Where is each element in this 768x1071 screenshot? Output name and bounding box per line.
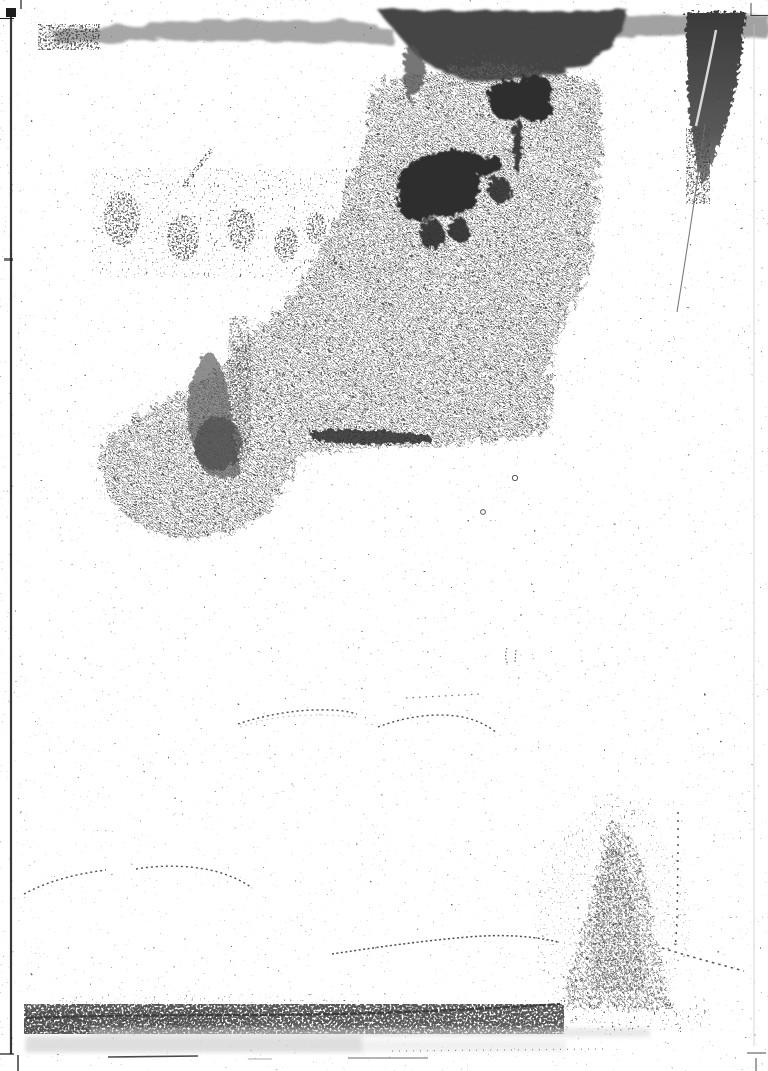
speckle-blob-5: [306, 212, 326, 244]
ground-band-far-right-dots: [700, 1000, 768, 1020]
speckle-blob-1: [104, 191, 140, 245]
speckle-blob-4: [274, 226, 298, 262]
bottom-dark-line-1: [108, 1056, 198, 1057]
pre-band-specks: [60, 994, 360, 1007]
scanned-page: [0, 0, 768, 1071]
gray-smear-band-3: [26, 1040, 566, 1052]
speckle-blob-2: [167, 215, 199, 261]
ground-band-right-sparse: [560, 1000, 710, 1030]
speckle-blob-3: [227, 208, 255, 250]
plume-top-specks: [592, 796, 652, 826]
photocopy-artwork: [0, 0, 768, 1071]
gray-smear-band-2: [90, 1028, 650, 1037]
registration-square-top-left: [6, 8, 16, 17]
